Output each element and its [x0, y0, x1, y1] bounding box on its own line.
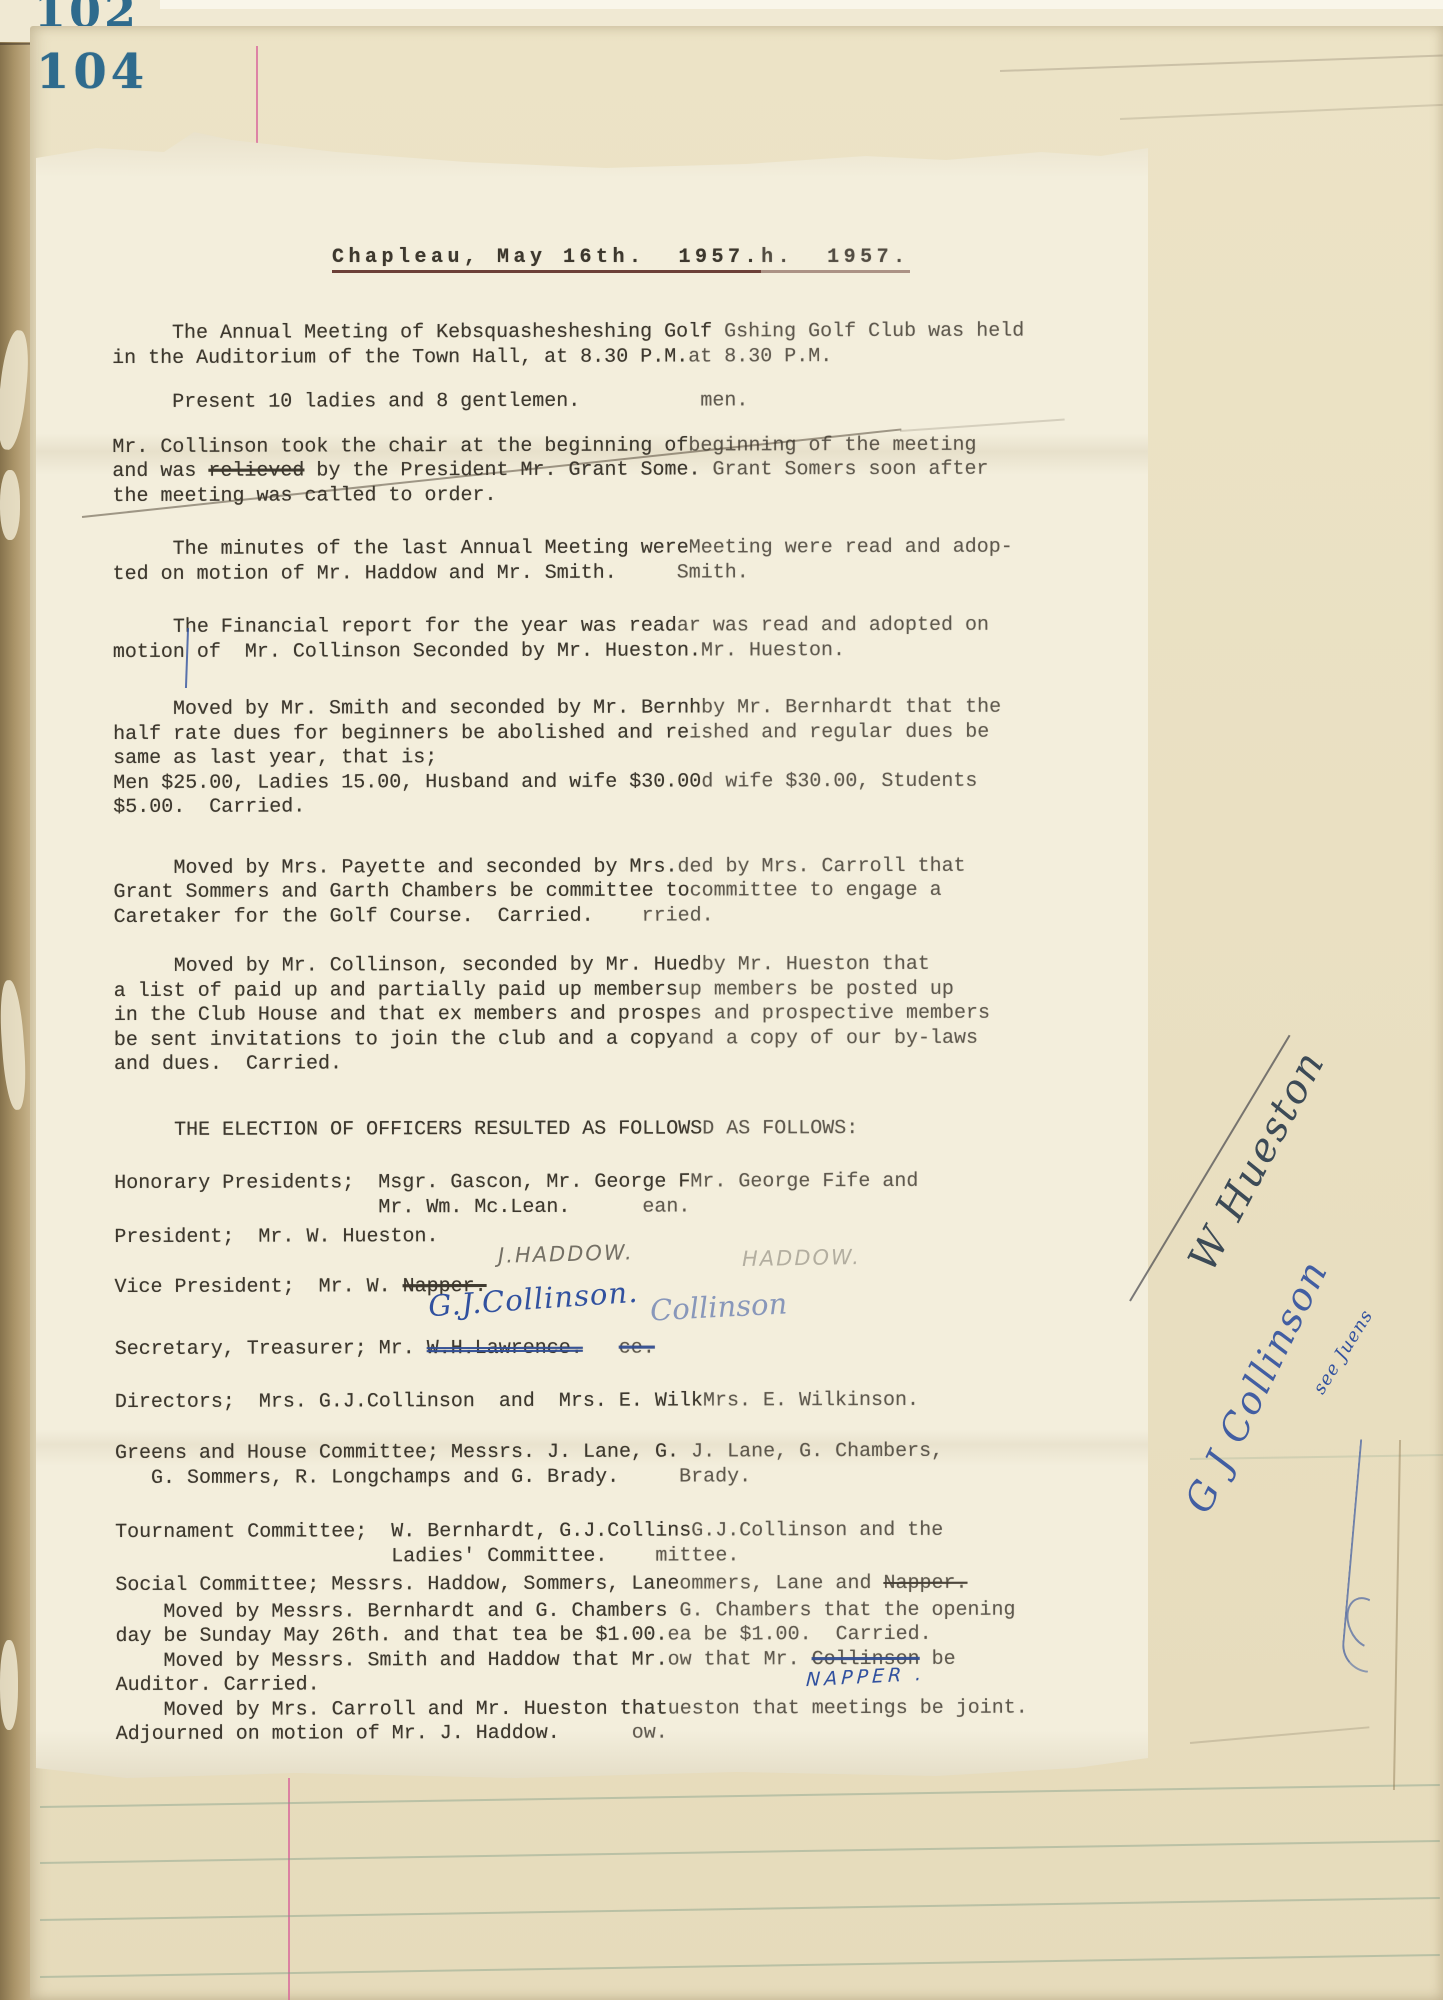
- typed-segment: Directors; Mrs. G.J.Collinson and Mrs. E…: [115, 1389, 703, 1414]
- typed-segment: [583, 1337, 619, 1360]
- typed-segment: Greens and House Committee; Messrs. J. L…: [115, 1440, 691, 1465]
- typed-paragraph: The Annual Meeting of Kebsquashesheshing…: [112, 319, 1122, 371]
- typed-segment: Secretary, Treasurer; Mr.: [115, 1337, 427, 1361]
- typed-paragraph: Mr. Collinson took the chair at the begi…: [112, 433, 1122, 509]
- typed-segment-ghost: G. Chambers that the opening: [679, 1598, 1015, 1622]
- typed-segment: W.H.Lawrence.: [427, 1337, 583, 1360]
- typed-line: Secretary, Treasurer; Mr. W.H.Lawrence. …: [115, 1335, 1125, 1362]
- scan-edge-band: [160, 0, 1443, 9]
- typed-segment-ghost: Napper.: [883, 1572, 967, 1595]
- typed-segment: the meeting was called to order.: [112, 483, 496, 507]
- typed-segment: half rate dues for beginners be abolishe…: [113, 721, 689, 746]
- typed-segment: Auditor. Carried.: [116, 1673, 320, 1697]
- typed-line: THE ELECTION OF OFFICERS RESULTED AS FOL…: [114, 1116, 1124, 1143]
- typed-line: Moved by Mr. Smith and seconded by Mr. B…: [113, 695, 1123, 722]
- typed-paragraph: Directors; Mrs. G.J.Collinson and Mrs. E…: [115, 1388, 1125, 1415]
- typed-paragraph: Secretary, Treasurer; Mr. W.H.Lawrence. …: [115, 1335, 1125, 1362]
- typed-paragraph: Honorary Presidents; Msgr. Gascon, Mr. G…: [114, 1169, 1124, 1221]
- pink-margin-line: [288, 1778, 290, 2000]
- typed-line: Moved by Mrs. Carroll and Mr. Hueston th…: [116, 1696, 1126, 1723]
- typed-segment-ghost: ce.: [619, 1337, 655, 1360]
- title-text: Chapleau, May 16th. 1957.: [332, 246, 761, 273]
- page-number: 104: [36, 44, 148, 100]
- typed-line: The Financial report for the year was re…: [113, 613, 1123, 640]
- scanned-ledger-page: 102 104 Chapleau, May 16th. 1957.h. 1957…: [0, 0, 1443, 2000]
- typed-segment-ghost: ow.: [560, 1722, 668, 1745]
- typed-segment: The Financial report for the year was re…: [113, 615, 677, 639]
- typed-paragraph: Tournament Committee; W. Bernhardt, G.J.…: [115, 1518, 1125, 1570]
- typed-segment-ghost: Meeting were read and adop-: [689, 536, 1013, 560]
- typed-segment: in the Club House and that ex members an…: [114, 1002, 690, 1027]
- typed-segment-ghost: committee to engage a: [690, 879, 942, 903]
- typed-segment-ghost: Mr. George Fife and: [690, 1170, 918, 1194]
- typed-segment: Moved by Mrs. Payette and seconded by Mr…: [113, 855, 677, 879]
- typed-paragraph: Moved by Messrs. Smith and Haddow that M…: [115, 1647, 1125, 1699]
- typed-line: Honorary Presidents; Msgr. Gascon, Mr. G…: [114, 1169, 1124, 1196]
- typed-segment-ghost: G.J.Collinson and the: [691, 1519, 943, 1543]
- typed-line: Moved by Messrs. Bernhardt and G. Chambe…: [115, 1598, 1125, 1625]
- typed-segment: and was: [112, 460, 208, 483]
- typed-paragraph: Moved by Messrs. Bernhardt and G. Chambe…: [115, 1598, 1125, 1650]
- typed-body: The Annual Meeting of Kebsquashesheshing…: [112, 319, 1126, 1747]
- document-title: Chapleau, May 16th. 1957.h. 1957.: [332, 246, 910, 269]
- typed-segment-ghost: ded by Mrs. Carroll that: [677, 854, 965, 878]
- typed-segment: Vice President; Mr. W.: [114, 1275, 402, 1299]
- typed-line: be sent invitations to join the club and…: [114, 1026, 1124, 1053]
- typed-line: same as last year, that is;: [113, 744, 1123, 771]
- pencil-annotation-haddow-ghost: HADDOW.: [742, 1245, 861, 1271]
- typed-line: ted on motion of Mr. Haddow and Mr. Smit…: [113, 560, 1123, 587]
- typed-line: motion of Mr. Collinson Seconded by Mr. …: [113, 638, 1123, 665]
- typed-segment: Tournament Committee; W. Bernhardt, G.J.…: [115, 1519, 691, 1544]
- typed-segment-ghost: Brady.: [619, 1465, 751, 1488]
- typed-line: Caretaker for the Golf Course. Carried. …: [114, 903, 1124, 930]
- typed-line: in the Club House and that ex members an…: [114, 1001, 1124, 1028]
- typed-segment: motion of Mr. Collinson Seconded by Mr. …: [113, 639, 701, 664]
- typed-segment: relieved: [208, 459, 304, 482]
- typed-segment-ghost: by Mr. Hueston that: [702, 953, 930, 977]
- typed-segment: Moved by Mrs. Carroll and Mr. Hueston th…: [116, 1697, 668, 1721]
- typed-line: Mr. Wm. Mc.Lean. ean.: [114, 1194, 1124, 1221]
- typed-segment: The Annual Meeting of Kebsquashesheshing…: [112, 320, 724, 345]
- typed-line: Grant Sommers and Garth Chambers be comm…: [113, 878, 1123, 905]
- typed-segment: a list of paid up and partially paid up …: [114, 978, 678, 1002]
- typed-segment: Grant Sommers and Garth Chambers be comm…: [113, 879, 689, 904]
- pink-margin-line: [256, 46, 258, 154]
- typed-paragraph: Moved by Mrs. Payette and seconded by Mr…: [113, 854, 1123, 930]
- typed-line: $5.00. Carried.: [113, 793, 1123, 820]
- typed-segment: G. Sommers, R. Longchamps and G. Brady.: [115, 1465, 619, 1489]
- typed-line: Ladies' Committee. mittee.: [115, 1543, 1125, 1570]
- typed-segment-ghost: rried.: [594, 904, 714, 927]
- typed-segment: Caretaker for the Golf Course. Carried.: [114, 904, 594, 928]
- typed-line: Auditor. Carried.: [116, 1671, 1126, 1698]
- typed-line: the meeting was called to order.: [112, 482, 1122, 509]
- typed-segment: be sent invitations to join the club and…: [114, 1027, 678, 1051]
- typed-paragraph: Present 10 ladies and 8 gentlemen. men.: [112, 388, 1122, 415]
- typed-segment-ghost: Mr. Hueston.: [701, 639, 845, 662]
- ink-annotation-collinson-ghost: Collinson: [649, 1286, 788, 1327]
- typed-paragraph: Moved by Mr. Collinson, seconded by Mr. …: [114, 952, 1124, 1077]
- typed-segment: Mr. Wm. Mc.Lean.: [114, 1195, 570, 1219]
- typed-segment-ghost: by Mr. Bernhardt that the: [701, 696, 1001, 720]
- typed-segment: The minutes of the last Annual Meeting w…: [113, 536, 689, 561]
- title-ghost-text: h. 1957.: [761, 246, 910, 273]
- typed-line: Directors; Mrs. G.J.Collinson and Mrs. E…: [115, 1388, 1125, 1415]
- typed-segment-ghost: mittee.: [607, 1544, 739, 1567]
- typed-segment: President; Mr. W. Hueston.: [114, 1225, 438, 1249]
- typed-line: day be Sunday May 26th. and that tea be …: [115, 1622, 1125, 1649]
- typed-line: The minutes of the last Annual Meeting w…: [113, 535, 1123, 562]
- typed-segment-ghost: D AS FOLLOWS:: [702, 1117, 858, 1140]
- typed-paragraph: Social Committee; Messrs. Haddow, Sommer…: [115, 1571, 1125, 1598]
- typed-segment-ghost: beginning of the meeting: [688, 433, 976, 457]
- typed-segment-ghost: and a copy of our by-laws: [678, 1026, 978, 1050]
- typed-segment-ghost: ueston that meetings be joint.: [668, 1696, 1028, 1720]
- typed-segment: Ladies' Committee.: [115, 1544, 607, 1568]
- typed-paragraph: The Financial report for the year was re…: [113, 613, 1123, 665]
- typed-line: and dues. Carried.: [114, 1050, 1124, 1077]
- typed-paragraph: Moved by Mr. Smith and seconded by Mr. B…: [113, 695, 1123, 820]
- typed-line: in the Auditorium of the Town Hall, at 8…: [112, 344, 1122, 371]
- typed-segment-ghost: ea be $1.00. Carried.: [668, 1623, 932, 1647]
- typed-line: a list of paid up and partially paid up …: [114, 977, 1124, 1004]
- typed-line: and was relieved by the President Mr. Gr…: [112, 457, 1122, 484]
- typed-segment: Adjourned on motion of Mr. J. Haddow.: [116, 1722, 560, 1746]
- typed-segment: by the President Mr. Grant Some.: [304, 458, 700, 482]
- typed-segment-ghost: at 8.30 P.M.: [688, 345, 832, 368]
- typed-segment-ghost: ished and regular dues be: [689, 720, 989, 744]
- typed-segment-ghost: ow that Mr.: [668, 1648, 812, 1671]
- typed-segment-ghost: ommers, Lane and: [679, 1572, 883, 1596]
- typed-segment-ghost: ean.: [570, 1195, 690, 1218]
- typed-segment-ghost: men.: [580, 389, 748, 412]
- typed-line: Tournament Committee; W. Bernhardt, G.J.…: [115, 1518, 1125, 1545]
- typed-segment: same as last year, that is;: [113, 746, 437, 770]
- typed-line: G. Sommers, R. Longchamps and G. Brady. …: [115, 1464, 1125, 1491]
- typed-segment-ghost: ar was read and adopted on: [677, 614, 989, 638]
- pencil-annotation-haddow: J.HADDOW.: [498, 1240, 634, 1268]
- typed-line: Mr. Collinson took the chair at the begi…: [112, 433, 1122, 460]
- typed-segment-ghost: Gshing Golf Club was held: [724, 320, 1024, 344]
- typed-segment-ghost: d wife $30.00, Students: [701, 769, 977, 793]
- typed-segment-ghost: J. Lane, G. Chambers,: [691, 1440, 943, 1464]
- typed-segment-ghost: up members be posted up: [678, 977, 954, 1001]
- typed-segment: and dues. Carried.: [114, 1052, 342, 1076]
- typed-line: Social Committee; Messrs. Haddow, Sommer…: [115, 1571, 1125, 1598]
- typed-segment: Moved by Messrs. Smith and Haddow that M…: [115, 1648, 667, 1672]
- typed-segment: ted on motion of Mr. Haddow and Mr. Smit…: [113, 561, 617, 585]
- typed-segment: Honorary Presidents; Msgr. Gascon, Mr. G…: [114, 1170, 690, 1195]
- typed-segment: day be Sunday May 26th. and that tea be …: [115, 1624, 667, 1648]
- typed-segment-ghost: Mrs. E. Wilkinson.: [703, 1388, 919, 1412]
- typed-line: Moved by Mrs. Payette and seconded by Mr…: [113, 854, 1123, 881]
- typed-line: Moved by Mr. Collinson, seconded by Mr. …: [114, 952, 1124, 979]
- typed-segment: Present 10 ladies and 8 gentlemen.: [112, 390, 580, 414]
- typed-line: half rate dues for beginners be abolishe…: [113, 720, 1123, 747]
- typed-line: The Annual Meeting of Kebsquashesheshing…: [112, 319, 1122, 346]
- typed-segment: in the Auditorium of the Town Hall, at 8…: [112, 345, 688, 370]
- torn-paper-bit: [0, 1640, 18, 1730]
- typed-line: Greens and House Committee; Messrs. J. L…: [115, 1439, 1125, 1466]
- typed-segment: THE ELECTION OF OFFICERS RESULTED AS FOL…: [114, 1117, 702, 1142]
- typed-segment: Men $25.00, Ladies 15.00, Husband and wi…: [113, 770, 701, 795]
- typed-paragraph: The minutes of the last Annual Meeting w…: [113, 535, 1123, 587]
- typed-line: Moved by Messrs. Smith and Haddow that M…: [115, 1647, 1125, 1674]
- typed-segment: Mr. Collinson took the chair at the begi…: [112, 434, 688, 459]
- typed-paragraph: Moved by Mrs. Carroll and Mr. Hueston th…: [116, 1696, 1126, 1748]
- typed-segment: $5.00. Carried.: [113, 795, 305, 819]
- torn-paper-bit: [0, 470, 20, 540]
- typed-segment-ghost: Smith.: [617, 561, 749, 584]
- typed-paragraph: Greens and House Committee; Messrs. J. L…: [115, 1439, 1125, 1491]
- typed-line: Present 10 ladies and 8 gentlemen. men.: [112, 388, 1122, 415]
- typed-segment-ghost: Grant Somers soon after: [700, 458, 988, 482]
- typed-segment-ghost: s and prospective members: [690, 1002, 990, 1026]
- typed-line: Adjourned on motion of Mr. J. Haddow. ow…: [116, 1720, 1126, 1747]
- typed-line: Men $25.00, Ladies 15.00, Husband and wi…: [113, 769, 1123, 796]
- typed-segment: Moved by Mr. Collinson, seconded by Mr. …: [114, 953, 702, 978]
- typed-segment: Moved by Messrs. Bernhardt and G. Chambe…: [115, 1599, 679, 1623]
- typed-segment: Social Committee; Messrs. Haddow, Sommer…: [115, 1573, 679, 1597]
- typed-paragraph: THE ELECTION OF OFFICERS RESULTED AS FOL…: [114, 1116, 1124, 1143]
- typed-segment: Moved by Mr. Smith and seconded by Mr. B…: [113, 696, 701, 721]
